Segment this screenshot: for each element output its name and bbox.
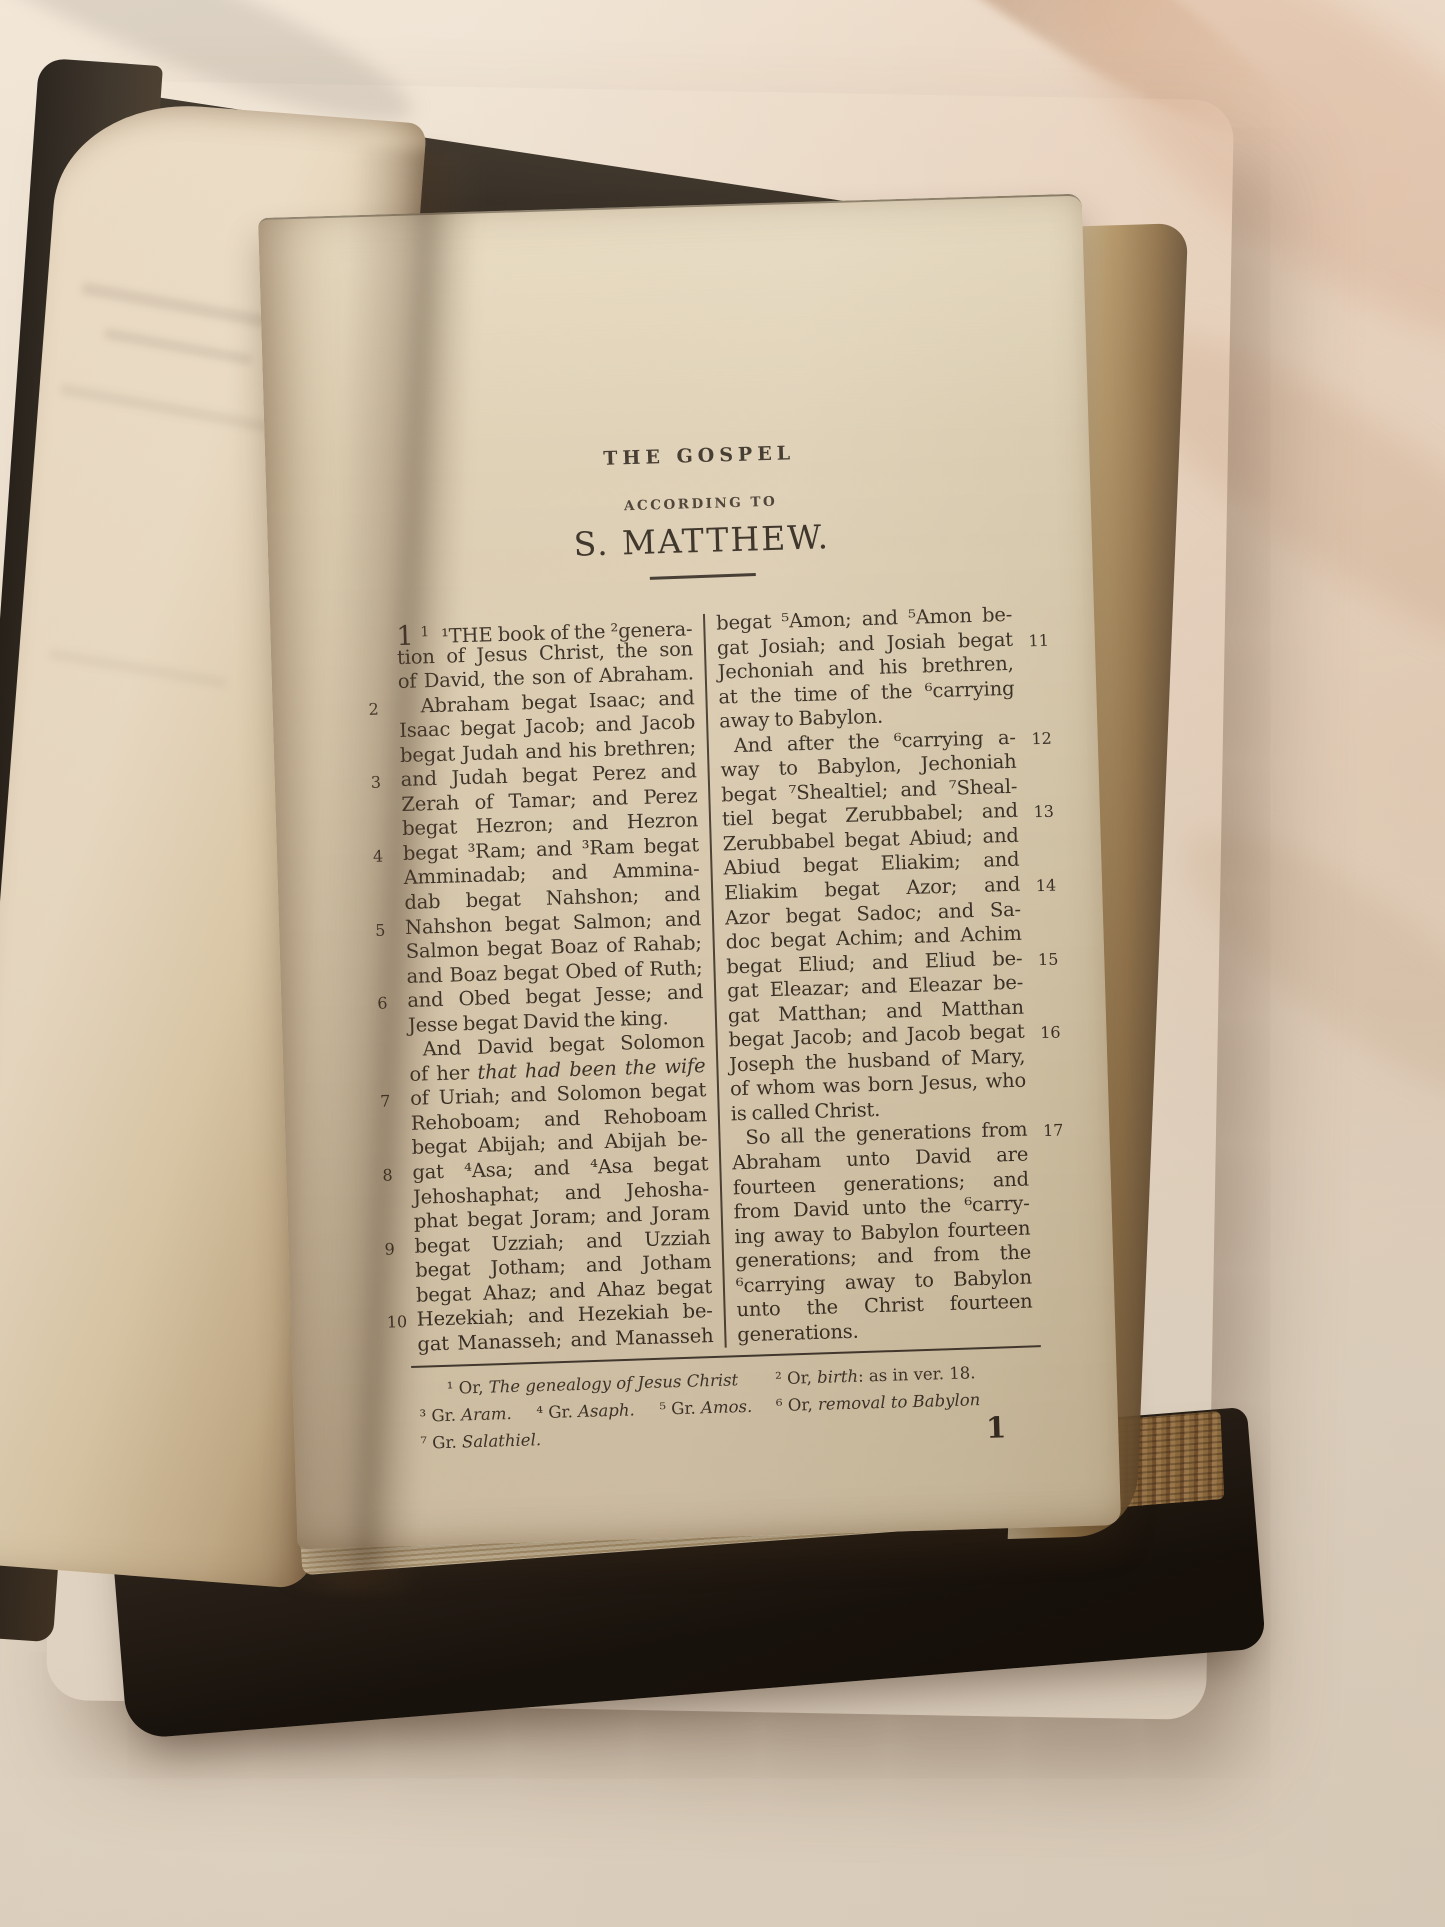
verse-number: 8 xyxy=(382,1163,393,1188)
title-rule xyxy=(650,573,756,580)
verse-number: 3 xyxy=(370,771,381,796)
page-number: 1 xyxy=(986,1410,1007,1445)
footnotes: ¹ Or, The genealogy of Jesus Christ³ Gr.… xyxy=(418,1358,1036,1457)
verse-number: 6 xyxy=(377,992,388,1017)
verse-number: 14 xyxy=(1035,874,1056,899)
verse-number: 4 xyxy=(373,844,384,869)
right-page: THE GOSPEL ACCORDING TO S. MATTHEW. 11¹T… xyxy=(258,194,1121,1550)
text-columns: 11¹THE book of the ²genera-tion of Jesus… xyxy=(396,603,1034,1357)
verse-number: 16 xyxy=(1040,1021,1061,1046)
verse-number: 17 xyxy=(1043,1119,1064,1144)
column-right: begat ⁵Amon; and ⁵Amon be-gat Josiah; an… xyxy=(716,603,1034,1348)
show-through-text-mark xyxy=(103,328,252,365)
verse-number: 9 xyxy=(384,1237,395,1262)
verse-number: 15 xyxy=(1038,947,1059,972)
verse-number: 2 xyxy=(368,697,379,722)
verse-number: 7 xyxy=(380,1090,391,1115)
column-left: 11¹THE book of the ²genera-tion of Jesus… xyxy=(396,612,714,1357)
verse-number: 1 xyxy=(420,624,429,640)
book-title: S. MATTHEW. xyxy=(393,512,1010,569)
footnotes-left: ¹ Or, The genealogy of Jesus Christ³ Gr.… xyxy=(418,1366,777,1458)
verse-number: 12 xyxy=(1031,726,1052,751)
photo-of-open-bible: { "header": { "title": "THE GOSPEL", "su… xyxy=(0,0,1445,1927)
verse-number: 13 xyxy=(1033,800,1054,825)
verse-number: 5 xyxy=(375,918,386,943)
verse-number: 10 xyxy=(386,1310,407,1335)
page-content: THE GOSPEL ACCORDING TO S. MATTHEW. 11¹T… xyxy=(384,198,1037,1457)
show-through-text-mark xyxy=(49,649,228,688)
verse-number: 11 xyxy=(1028,628,1049,653)
gospel-title: THE GOSPEL xyxy=(391,436,1007,476)
